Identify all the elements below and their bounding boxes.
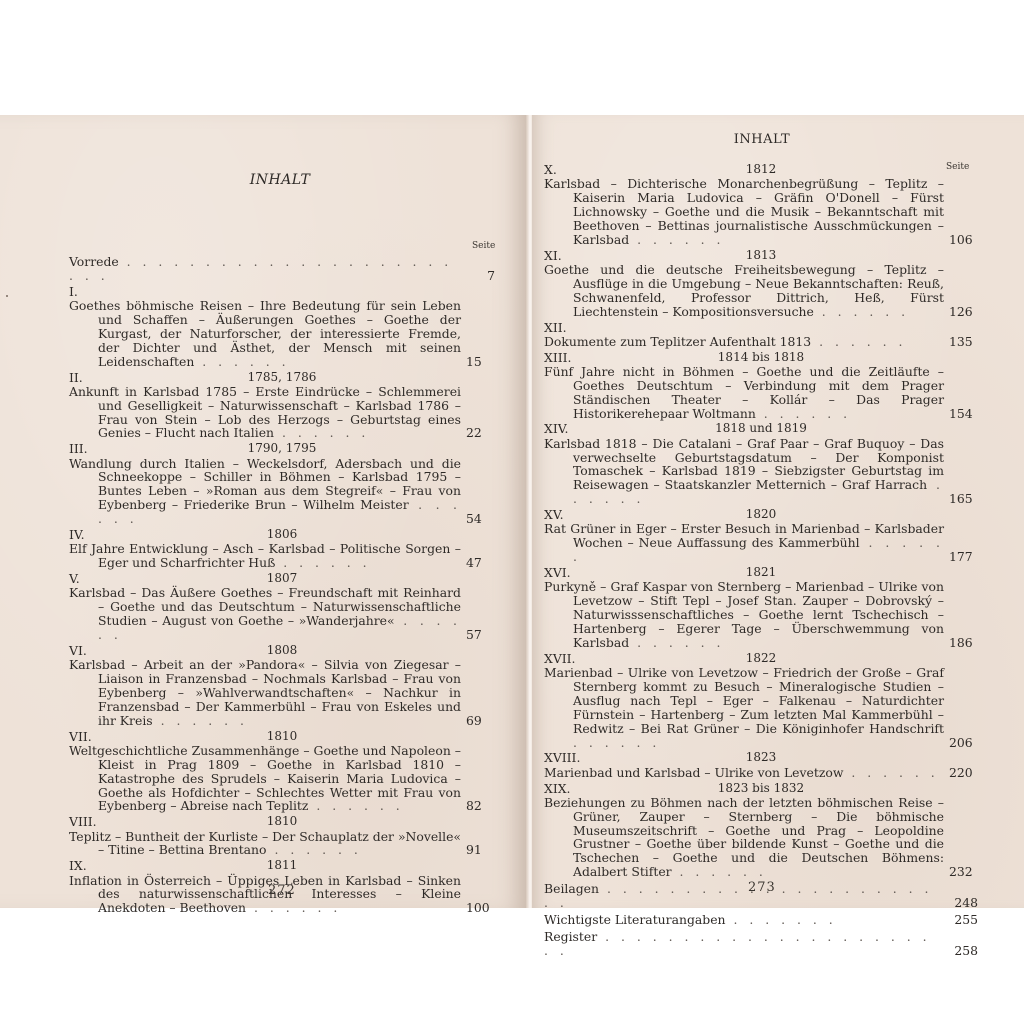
leader-dots: . . . . . . . . . . . . . . . . . . . . … <box>544 881 932 910</box>
chapter-years: 1821 <box>544 566 978 580</box>
chapter-heading: X.1812 <box>544 163 978 177</box>
entry-title: Beilagen <box>544 881 599 896</box>
chapter-topics: Purkyně – Graf Kaspar von Sternberg – Ma… <box>544 579 944 650</box>
leader-dots: . . . . . . <box>811 334 906 349</box>
leader-dots: . . . . . . <box>246 900 341 915</box>
toc-entry: XIX.1823 bis 1832Beziehungen zu Böhmen n… <box>544 782 978 880</box>
page-title: INHALT <box>532 132 992 147</box>
entry-page-number: 7 <box>487 269 495 283</box>
chapter-heading: VII.1810 <box>69 730 495 744</box>
chapter-topics: Fünf Jahre nicht in Böhmen – Goethe und … <box>544 364 944 421</box>
toc-entry: Vorrede . . . . . . . . . . . . . . . . … <box>69 255 495 283</box>
chapter-years: 1810 <box>69 815 495 829</box>
entry-title: Register <box>544 929 597 944</box>
chapter-description: Ankunft in Karlsbad 1785 – Erste Eindrüc… <box>69 385 495 441</box>
leader-dots: . . . . . . <box>275 555 370 570</box>
toc-entry: IV.1806Elf Jahre Entwicklung – Asch – Ka… <box>69 528 495 570</box>
chapter-years: 1820 <box>544 508 978 522</box>
leader-dots: . . . . . . . . . . . . . . . . . . . . … <box>69 254 452 283</box>
toc-entry: II.1785, 1786Ankunft in Karlsbad 1785 – … <box>69 371 495 441</box>
chapter-description: Beziehungen zu Böhmen nach der letzten b… <box>544 796 978 879</box>
toc-entry: Register . . . . . . . . . . . . . . . .… <box>544 930 978 958</box>
leader-dots: . . . . . . <box>274 425 369 440</box>
toc-entry: I.Goethes böhmische Reisen – Ihre Bedeut… <box>69 285 495 369</box>
right-page: INHALT Seite X.1812Karlsbad – Dichterisc… <box>532 115 1024 908</box>
table-of-contents: Vorrede . . . . . . . . . . . . . . . . … <box>69 252 495 915</box>
entry-page-number: 248 <box>954 896 978 910</box>
leader-dots: . . . . . . <box>843 765 938 780</box>
leader-dots: . . . . . . <box>629 232 724 247</box>
chapter-heading: IX.1811 <box>69 859 495 873</box>
toc-entry: VII.1810Weltgeschichtliche Zusammenhänge… <box>69 730 495 814</box>
left-page: INHALT Seite Vorrede . . . . . . . . . .… <box>0 115 528 908</box>
chapter-topics: Dokumente zum Teplitzer Aufenthalt 1813 <box>544 334 811 349</box>
page-number: 272 <box>268 883 296 898</box>
chapter-topics: Ankunft in Karlsbad 1785 – Erste Eindrüc… <box>69 384 461 441</box>
chapter-topics: Elf Jahre Entwicklung – Asch – Karlsbad … <box>69 541 461 570</box>
chapter-description: Marienbad – Ulrike von Levetzow – Friedr… <box>544 666 978 749</box>
chapter-years: 1813 <box>544 249 978 263</box>
leader-dots: . . . . . . <box>308 798 403 813</box>
chapter-heading: II.1785, 1786 <box>69 371 495 385</box>
page-number: 273 <box>748 880 776 895</box>
leader-dots: . . . . . . <box>267 842 362 857</box>
entry-page-number: 258 <box>954 944 978 958</box>
leader-dots: . . . . . . <box>814 304 909 319</box>
chapter-topics: Teplitz – Buntheit der Kurliste – Der Sc… <box>69 829 461 858</box>
chapter-years: 1812 <box>544 163 978 177</box>
chapter-years: 1811 <box>69 859 495 873</box>
chapter-years: 1807 <box>69 572 495 586</box>
leader-dots: . . . . . . <box>672 864 767 879</box>
chapter-heading: XV.1820 <box>544 508 978 522</box>
chapter-topics: Marienbad – Ulrike von Levetzow – Friedr… <box>544 665 944 736</box>
toc-entry: V.1807Karlsbad – Das Äußere Goethes – Fr… <box>69 572 495 642</box>
toc-entry: XVI.1821Purkyně – Graf Kaspar von Sternb… <box>544 566 978 650</box>
chapter-years: 1818 und 1819 <box>544 422 978 436</box>
seite-label: Seite <box>472 241 495 251</box>
toc-entry: Wichtigste Literaturangaben . . . . . . … <box>544 913 978 927</box>
chapter-heading: III.1790, 1795 <box>69 442 495 456</box>
toc-entry: X.1812Karlsbad – Dichterische Monarchenb… <box>544 163 978 247</box>
chapter-heading: V.1807 <box>69 572 495 586</box>
chapter-years: 1823 <box>544 751 978 765</box>
chapter-heading: VI.1808 <box>69 644 495 658</box>
chapter-description: Weltgeschichtliche Zusammenhänge – Goeth… <box>69 744 495 814</box>
chapter-description: Dokumente zum Teplitzer Aufenthalt 1813 … <box>544 335 978 349</box>
chapter-heading: IV.1806 <box>69 528 495 542</box>
chapter-description: Elf Jahre Entwicklung – Asch – Karlsbad … <box>69 542 495 570</box>
chapter-description: Purkyně – Graf Kaspar von Sternberg – Ma… <box>544 580 978 650</box>
leader-dots: . . . . . . . <box>726 912 837 927</box>
chapter-topics: Wandlung durch Italien – Weckelsdorf, Ad… <box>69 456 461 513</box>
toc-entry: XVII.1822Marienbad – Ulrike von Levetzow… <box>544 652 978 750</box>
chapter-years: 1806 <box>69 528 495 542</box>
chapter-heading: VIII.1810 <box>69 815 495 829</box>
toc-entry: VI.1808Karlsbad – Arbeit an der »Pandora… <box>69 644 495 728</box>
toc-entry: III.1790, 1795Wandlung durch Italien – W… <box>69 442 495 526</box>
chapter-number: I. <box>69 285 78 299</box>
chapter-years: 1785, 1786 <box>69 371 495 385</box>
entry-title: Vorrede <box>69 254 119 269</box>
chapter-topics: Marienbad und Karlsbad – Ulrike von Leve… <box>544 765 843 780</box>
leader-dots: . . . . . . <box>629 635 724 650</box>
entry-page-number: 255 <box>954 913 978 927</box>
toc-line: Vorrede . . . . . . . . . . . . . . . . … <box>69 255 495 283</box>
chapter-description: Teplitz – Buntheit der Kurliste – Der Sc… <box>69 830 495 858</box>
paper-speck <box>6 295 8 297</box>
chapter-description: Karlsbad – Das Äußere Goethes – Freundsc… <box>69 586 495 642</box>
chapter-years: 1822 <box>544 652 978 666</box>
table-of-contents: X.1812Karlsbad – Dichterische Monarchenb… <box>544 161 978 958</box>
chapter-heading: XVI.1821 <box>544 566 978 580</box>
page-title: INHALT <box>0 172 560 188</box>
chapter-description: Goethes böhmische Reisen – Ihre Bedeutun… <box>69 299 495 369</box>
toc-entry: VIII.1810Teplitz – Buntheit der Kurliste… <box>69 815 495 857</box>
chapter-years: 1810 <box>69 730 495 744</box>
chapter-topics: Karlsbad – Arbeit an der »Pandora« – Sil… <box>69 657 461 728</box>
chapter-heading: XVII.1822 <box>544 652 978 666</box>
entry-title: Wichtigste Literaturangaben <box>544 912 726 927</box>
toc-entry: XIV.1818 und 1819Karlsbad 1818 – Die Cat… <box>544 422 978 506</box>
chapter-heading: XVIII.1823 <box>544 751 978 765</box>
chapter-number: XII. <box>544 321 567 335</box>
chapter-years: 1823 bis 1832 <box>544 782 978 796</box>
chapter-description: Fünf Jahre nicht in Böhmen – Goethe und … <box>544 365 978 421</box>
chapter-heading: XIX.1823 bis 1832 <box>544 782 978 796</box>
chapter-years: 1790, 1795 <box>69 442 495 456</box>
chapter-topics: Karlsbad 1818 – Die Catalani – Graf Paar… <box>544 436 944 493</box>
toc-line: Wichtigste Literaturangaben . . . . . . … <box>544 913 978 927</box>
chapter-heading: XI.1813 <box>544 249 978 263</box>
chapter-years: 1808 <box>69 644 495 658</box>
toc-entry: XVIII.1823Marienbad und Karlsbad – Ulrik… <box>544 751 978 779</box>
chapter-description: Karlsbad – Dichterische Monarchenbegrüßu… <box>544 177 978 247</box>
chapter-description: Karlsbad 1818 – Die Catalani – Graf Paar… <box>544 437 978 507</box>
toc-entry: XV.1820Rat Grüner in Eger – Erster Besuc… <box>544 508 978 564</box>
leader-dots: . . . . . . . . . . . . . . . . . . . . … <box>544 929 931 958</box>
chapter-description: Wandlung durch Italien – Weckelsdorf, Ad… <box>69 457 495 527</box>
chapter-description: Karlsbad – Arbeit an der »Pandora« – Sil… <box>69 658 495 728</box>
leader-dots: . . . . . . <box>153 713 248 728</box>
chapter-description: Rat Grüner in Eger – Erster Besuch in Ma… <box>544 522 978 564</box>
toc-entry: XIII.1814 bis 1818Fünf Jahre nicht in Bö… <box>544 351 978 421</box>
chapter-topics: Karlsbad – Dichterische Monarchenbegrüßu… <box>544 176 944 247</box>
toc-entry: XI.1813Goethe und die deutsche Freiheits… <box>544 249 978 319</box>
chapter-description: Goethe und die deutsche Freiheitsbewegun… <box>544 263 978 319</box>
chapter-heading: XIV.1818 und 1819 <box>544 422 978 436</box>
leader-dots: . . . . . . <box>756 406 851 421</box>
leader-dots: . . . . . . <box>573 735 660 750</box>
toc-entry: XII.Dokumente zum Teplitzer Aufenthalt 1… <box>544 321 978 349</box>
leader-dots: . . . . . . <box>194 354 289 369</box>
toc-line: Register . . . . . . . . . . . . . . . .… <box>544 930 978 958</box>
chapter-heading: I. <box>69 285 495 299</box>
chapter-heading: XII. <box>544 321 978 335</box>
chapter-heading: XIII.1814 bis 1818 <box>544 351 978 365</box>
chapter-description: Marienbad und Karlsbad – Ulrike von Leve… <box>544 766 978 780</box>
chapter-years: 1814 bis 1818 <box>544 351 978 365</box>
